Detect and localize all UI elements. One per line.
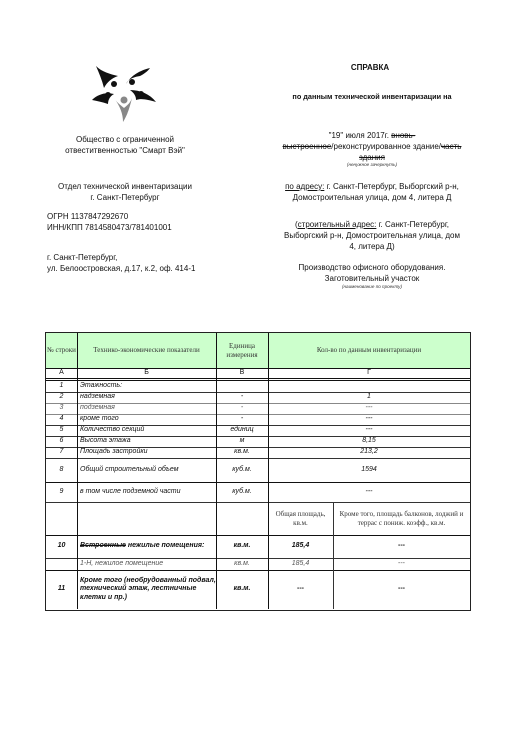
row-number: 8 bbox=[46, 458, 77, 482]
column-letter: А bbox=[46, 368, 77, 378]
row-indicator-name: Кроме того (необрудованный подвал, техни… bbox=[77, 570, 216, 609]
row-value: --- bbox=[268, 403, 470, 414]
company-name: Общество с ограниченной отвеститвенность… bbox=[20, 134, 230, 156]
row-number: 11 bbox=[46, 570, 77, 609]
purpose-hint: (наименование по проекту) bbox=[262, 284, 482, 290]
row-number: 7 bbox=[46, 447, 77, 458]
row-total-area: 185,4 bbox=[268, 558, 333, 570]
struck-word: вновь- bbox=[391, 131, 415, 140]
row-total-area: --- bbox=[268, 570, 333, 609]
struck-word: выстроенное bbox=[283, 142, 332, 151]
row-divider bbox=[46, 482, 470, 483]
row-extra-area: --- bbox=[333, 558, 470, 570]
row-divider bbox=[46, 447, 470, 448]
row-total-area: 185,4 bbox=[268, 535, 333, 558]
row-number: 6 bbox=[46, 436, 77, 447]
row-divider bbox=[46, 436, 470, 437]
row-divider bbox=[46, 425, 470, 426]
row-divider bbox=[46, 403, 470, 404]
subheader-total-area: Общая площадь, кв.м. bbox=[268, 502, 333, 535]
row-divider bbox=[46, 458, 470, 459]
row-indicator-name: Этажность: bbox=[77, 381, 216, 392]
row-unit: - bbox=[216, 403, 268, 414]
department-line1: Отдел технической инвентаризации bbox=[20, 181, 230, 192]
row-unit bbox=[216, 381, 268, 392]
row-divider bbox=[46, 570, 470, 571]
row-unit: кв.м. bbox=[216, 570, 268, 609]
row-unit: куб.м. bbox=[216, 458, 268, 482]
row-divider bbox=[46, 368, 470, 369]
header-unit: Единица измерения bbox=[216, 333, 268, 368]
row-divider bbox=[46, 558, 470, 559]
row-unit: кв.м. bbox=[216, 558, 268, 570]
company-name-line1: Общество с ограниченной bbox=[20, 134, 230, 145]
construction-address-line2: Выборгский р-н, Домостроительная улица, … bbox=[262, 230, 482, 241]
inn-kpp: ИНН/КПП 7814580473/781401001 bbox=[47, 222, 247, 233]
address-value-line2: Домостроительная улица, дом 4, литера Д bbox=[262, 192, 482, 203]
row-unit: м bbox=[216, 436, 268, 447]
row-unit: кв.м. bbox=[216, 447, 268, 458]
row-indicator-name: подземная bbox=[77, 403, 216, 414]
company-address-line1: г. Санкт-Петербург, bbox=[47, 252, 257, 263]
row-value: --- bbox=[268, 482, 470, 502]
struck-word: Встроенные bbox=[80, 542, 126, 549]
row-value: --- bbox=[268, 425, 470, 436]
struck-word: часть bbox=[441, 142, 461, 151]
column-divider bbox=[333, 502, 334, 609]
department: Отдел технической инвентаризации г. Санк… bbox=[20, 181, 230, 203]
column-letter: Б bbox=[77, 368, 216, 378]
column-letter: Г bbox=[268, 368, 470, 378]
star-people-logo-icon bbox=[90, 62, 160, 124]
header-quantity: Кол-во по данным инвентаризации bbox=[268, 333, 470, 368]
row-indicator-name: в том числе подземной части bbox=[77, 482, 216, 502]
row-unit: - bbox=[216, 392, 268, 403]
address-value-line1: г. Санкт-Петербург, Выборгский р-н, bbox=[324, 182, 459, 191]
construction-address-line3: 4, литера Д) bbox=[262, 241, 482, 252]
row-number: 10 bbox=[46, 535, 77, 558]
row-indicator-name: 1-Н, нежилое помещение bbox=[77, 558, 216, 570]
purpose-line2: Заготовительный участок bbox=[262, 273, 482, 284]
column-divider bbox=[216, 333, 217, 609]
row-divider bbox=[46, 380, 470, 381]
company-address-line2: ул. Белоостровская, д.17, к.2, оф. 414-1 bbox=[47, 263, 257, 274]
row-indicator-name: Площадь застройки bbox=[77, 447, 216, 458]
row-divider bbox=[46, 392, 470, 393]
address-label: по адресу: bbox=[285, 182, 324, 191]
object-address: по адресу: г. Санкт-Петербург, Выборгски… bbox=[262, 181, 482, 203]
company-address: г. Санкт-Петербург, ул. Белоостровская, … bbox=[47, 252, 257, 274]
company-logo bbox=[90, 62, 160, 124]
row-value bbox=[268, 381, 470, 392]
row-divider bbox=[46, 378, 470, 379]
construction-address-line1: г. Санкт-Петербург, bbox=[376, 220, 449, 229]
document-title: СПРАВКА bbox=[300, 62, 440, 73]
row-value: 1594 bbox=[268, 458, 470, 482]
row-indicator-name: Высота этажа bbox=[77, 436, 216, 447]
column-letter: В bbox=[216, 368, 268, 378]
row-indicator-name: Общий строительный объем bbox=[77, 458, 216, 482]
column-divider bbox=[77, 333, 78, 609]
row-value: 213,2 bbox=[268, 447, 470, 458]
document-subtitle: по данным технической инвентаризации на bbox=[262, 92, 482, 103]
header-indicator: Технико-экономические показатели bbox=[77, 333, 216, 368]
department-city: г. Санкт-Петербург bbox=[20, 192, 230, 203]
row-divider bbox=[46, 502, 470, 503]
building-status: /реконструированное здание/ bbox=[331, 142, 441, 151]
row-divider bbox=[46, 414, 470, 415]
column-divider bbox=[268, 333, 269, 609]
row-unit: - bbox=[216, 414, 268, 425]
row-number: 2 bbox=[46, 392, 77, 403]
row-unit: единиц bbox=[216, 425, 268, 436]
subheader-extra-area: Кроме того, площадь балконов, лоджий и т… bbox=[333, 502, 470, 535]
construction-address-label: строительный адрес: bbox=[298, 220, 377, 229]
object-purpose: Производство офисного оборудования. Заго… bbox=[262, 262, 482, 284]
header-row-number: № строки bbox=[46, 333, 77, 368]
row-unit: кв.м. bbox=[216, 535, 268, 558]
strike-hint: (ненужное зачеркнуть) bbox=[262, 162, 482, 168]
company-name-line2: отвеститвенностью "Смарт Вэй" bbox=[20, 145, 230, 156]
row-value: 1 bbox=[268, 392, 470, 403]
row-unit: куб.м. bbox=[216, 482, 268, 502]
row-value: --- bbox=[268, 414, 470, 425]
row-number bbox=[46, 558, 77, 570]
row-indicator-name: надземная bbox=[77, 392, 216, 403]
row-extra-area: --- bbox=[333, 570, 470, 609]
construction-address: (строительный адрес: г. Санкт-Петербург,… bbox=[262, 219, 482, 252]
document-date: "19" июля 2017г. bbox=[329, 131, 389, 140]
row-indicator-rest: нежилые помещения: bbox=[126, 542, 204, 549]
row-number: 4 bbox=[46, 414, 77, 425]
ogrn: ОГРН 1137847292670 bbox=[47, 211, 247, 222]
row-number: 3 bbox=[46, 403, 77, 414]
registration-numbers: ОГРН 1137847292670 ИНН/КПП 7814580473/78… bbox=[47, 211, 247, 233]
row-number: 5 bbox=[46, 425, 77, 436]
row-divider bbox=[46, 535, 470, 536]
row-value: 8,15 bbox=[268, 436, 470, 447]
row-number: 1 bbox=[46, 381, 77, 392]
purpose-line1: Производство офисного оборудования. bbox=[262, 262, 482, 273]
row-number: 9 bbox=[46, 482, 77, 502]
document-date-status: "19" июля 2017г. вновь- выстроенное/реко… bbox=[262, 130, 482, 163]
tech-indicators-table: № строкиТехнико-экономические показатели… bbox=[45, 332, 471, 611]
row-indicator-name: Количество секций bbox=[77, 425, 216, 436]
row-indicator-name: Встроенные нежилые помещения: bbox=[77, 535, 216, 558]
row-indicator-name: кроме того bbox=[77, 414, 216, 425]
row-extra-area: --- bbox=[333, 535, 470, 558]
